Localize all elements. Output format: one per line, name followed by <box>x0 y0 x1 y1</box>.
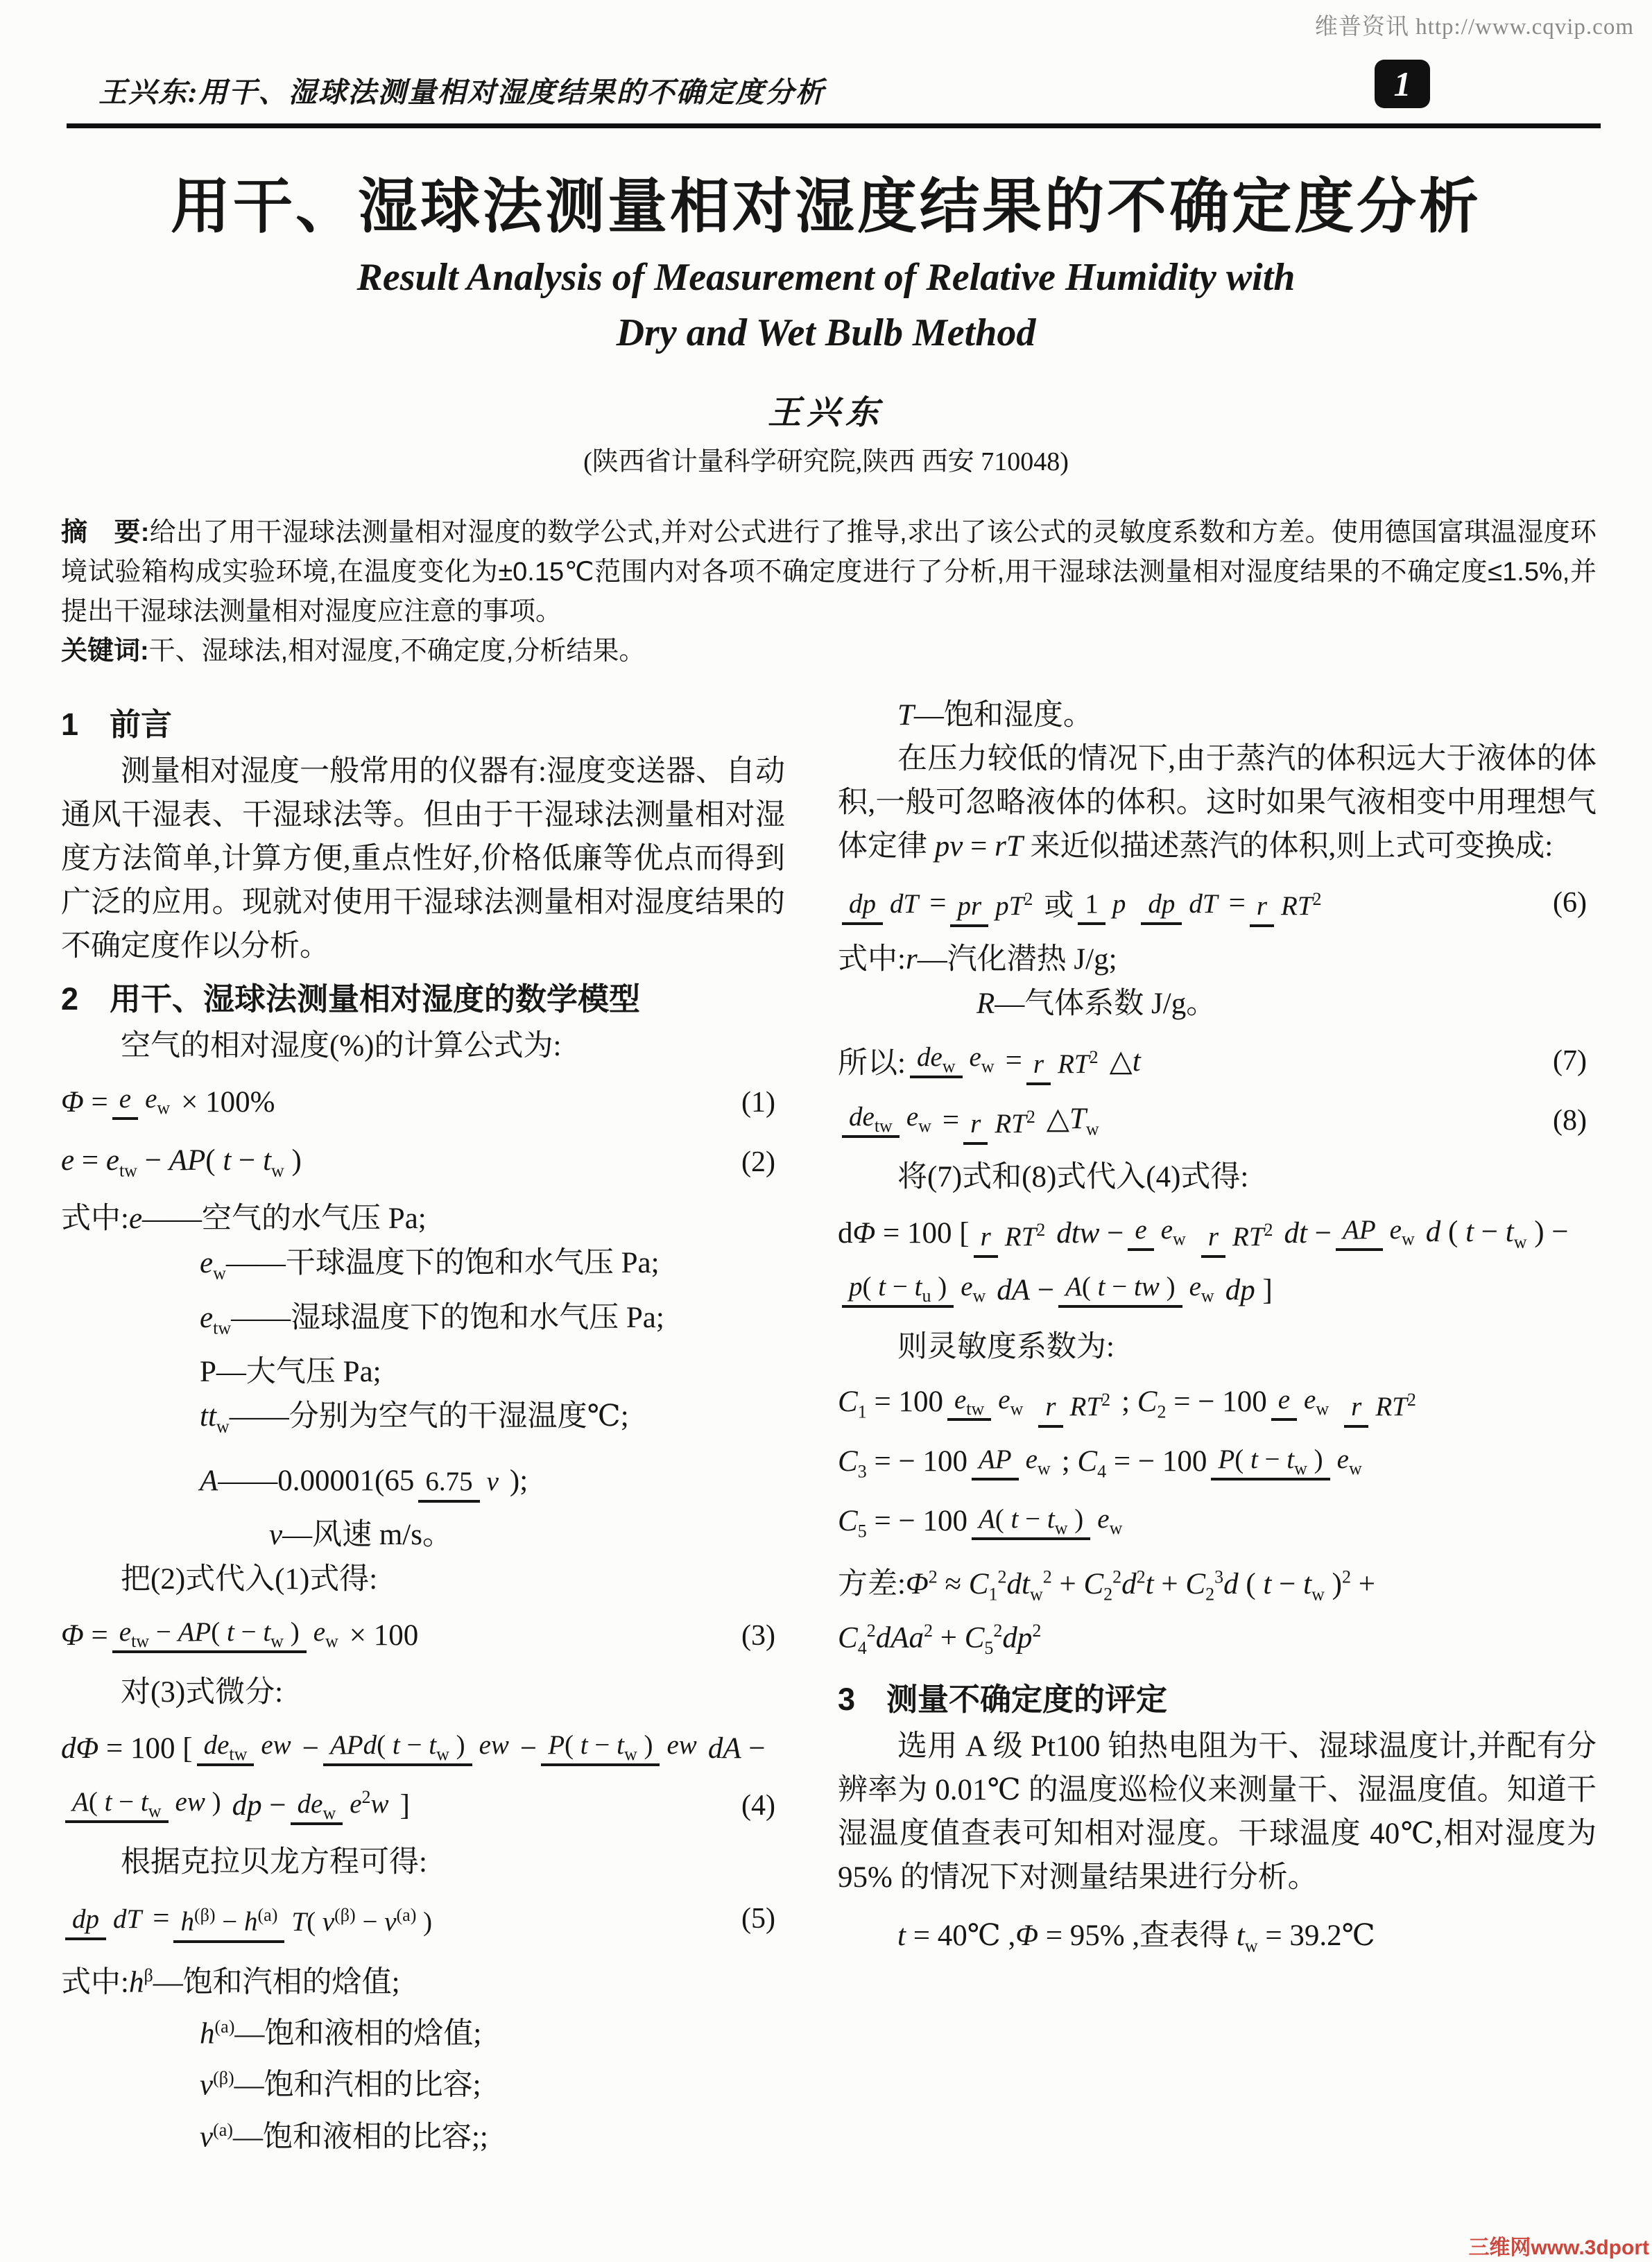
formula-row: 方差:Φ2 ≈ C12dtw2 + C22d2t + C23d ( t − tw… <box>838 1557 1597 1607</box>
fraction: 1p <box>1078 886 1133 920</box>
fraction-denominator: ew <box>1330 1441 1369 1474</box>
fraction-numerator: 6.75 <box>418 1467 479 1503</box>
definition-item: 式中:e——空气的水气压 Pa; <box>61 1197 785 1241</box>
formula-row: dpdT = prpT2或1pdpdT = rRT2(6) <box>838 878 1597 928</box>
formula-6: dpdT = prpT2或1pdpdT = rRT2(6) <box>838 878 1597 928</box>
fraction-numerator: r <box>1250 891 1274 927</box>
formula-row: C5 = − 100 A( t − tw )ew <box>838 1498 1597 1548</box>
definition-item: P—大气压 Pa; <box>61 1350 785 1395</box>
fraction: p( t − tu )ew <box>842 1269 992 1312</box>
section-1-heading: 1 前言 <box>61 699 785 744</box>
formula-body: p( t − tu )ewdA − A( t − tw )ewdp ] <box>838 1269 1273 1312</box>
fraction-denominator: ew <box>254 1727 298 1760</box>
fraction: etwew <box>947 1382 1030 1425</box>
formula-text: dA − <box>708 1732 766 1765</box>
fraction-denominator: dT <box>1182 886 1224 919</box>
fraction-denominator: RT2 <box>988 1105 1042 1139</box>
formula-text: − <box>302 1732 319 1765</box>
formula-body: e = etw − AP( t − tw ) <box>61 1143 302 1182</box>
fraction-denominator: ew <box>1297 1381 1336 1415</box>
fraction: detwew <box>197 1727 298 1770</box>
fraction: rRT2 <box>963 1101 1042 1140</box>
formula-variance: 方差:Φ2 ≈ C12dtw2 + C22d2t + C23d ( t − tw… <box>838 1557 1597 1664</box>
formula-1: Φ = eew × 100%(1) <box>61 1078 785 1128</box>
fraction-numerator: e <box>112 1084 138 1120</box>
formula-row: C3 = − 100 APew ; C4 = − 100 P( t − tw )… <box>838 1438 1597 1488</box>
formula-text: d ( t − tw ) − <box>1426 1215 1569 1253</box>
fraction-denominator: dT <box>106 1901 148 1934</box>
formula-text: A——0.00001(65 <box>200 1464 414 1498</box>
fraction-numerator: r <box>1344 1392 1368 1428</box>
formula-row: 所以:dewew = rRT2 △t(7) <box>838 1036 1597 1086</box>
fraction: prpT2 <box>950 883 1040 922</box>
equation-number: (2) <box>741 1146 785 1179</box>
formula-text: C3 = − 100 <box>838 1444 967 1483</box>
formula-text: e = etw − AP( t − tw ) <box>61 1143 302 1182</box>
formula-body: dΦ = 100 [ rRT2 dtw − eewrRT2 dt − APew … <box>838 1212 1569 1255</box>
fraction-numerator: dew <box>910 1042 963 1078</box>
fraction-denominator: ew <box>1154 1211 1193 1245</box>
fraction: APew <box>1336 1212 1422 1255</box>
fraction: rRT2 <box>1344 1384 1423 1423</box>
3dportal-watermark: 三维网www.3dport <box>1468 2230 1649 2261</box>
section-2-intro: 空气的相对湿度(%)的计算公式为: <box>61 1024 785 1068</box>
definition-item: ew——干球温度下的饱和水气压 Pa; <box>61 1241 785 1296</box>
formula-text: 所以: <box>838 1039 906 1082</box>
fraction-numerator: dew <box>291 1789 343 1825</box>
fraction-numerator: dp <box>1141 889 1182 925</box>
fraction-denominator: ew <box>660 1727 703 1760</box>
fraction: eew <box>1271 1382 1336 1425</box>
fraction: rRT2 <box>1201 1214 1280 1253</box>
fraction-numerator: AP <box>1336 1215 1383 1251</box>
fraction-denominator: p <box>1105 886 1133 919</box>
formula-c5: C5 = − 100 A( t − tw )ew <box>838 1498 1597 1548</box>
running-head: 王兴东:用干、湿球法测量相对湿度结果的不确定度分析 <box>98 69 825 110</box>
fraction-numerator: A( t − tw ) <box>1058 1272 1182 1308</box>
fraction-numerator: A( t − tw ) <box>972 1504 1090 1540</box>
fraction-numerator: APd( t − tw ) <box>323 1730 472 1766</box>
fraction: dpdT <box>842 886 925 920</box>
fraction: rRT2 <box>1026 1042 1105 1080</box>
differentiate-note: 对(3)式微分: <box>61 1670 785 1714</box>
column-right: T—饱和湿度。 在压力较低的情况下,由于蒸汽的体积远大于液体的体积,一般可忽略液… <box>838 693 1597 2159</box>
fraction-denominator: e2w <box>343 1786 395 1819</box>
definition-item: ttw——分别为空气的干湿温度℃; <box>61 1395 785 1449</box>
fraction: dewew <box>910 1039 1001 1082</box>
fraction: 6.75v <box>418 1464 506 1498</box>
section-2-heading: 2 用干、湿球法测量相对湿度的数学模型 <box>61 974 785 1019</box>
formula-7: 所以:dewew = rRT2 △t(7) <box>838 1036 1597 1086</box>
fraction-denominator: ew <box>1019 1441 1058 1474</box>
fraction: A( t − tw )ew <box>1058 1269 1221 1312</box>
formula-text: × 100% <box>181 1085 275 1119</box>
sensitivity-intro: 则灵敏度系数为: <box>838 1325 1597 1369</box>
fraction-denominator: ew <box>1182 1268 1221 1302</box>
formula-text: = <box>153 1901 169 1935</box>
fraction-numerator: A( t − tw <box>65 1787 169 1823</box>
keywords-text: 干、湿球法,相对湿度,不确定度,分析结果。 <box>149 637 646 666</box>
fraction-numerator: r <box>974 1222 998 1258</box>
formula-text: dtw − <box>1056 1216 1124 1250</box>
fraction-numerator: h(β) − h(a) <box>173 1907 284 1943</box>
fraction-denominator: ew <box>307 1614 345 1647</box>
formula-body: Φ = eew × 100% <box>61 1081 275 1124</box>
formula-text: dp ] <box>1225 1273 1273 1307</box>
formula-text: Φ = <box>61 1618 108 1652</box>
formula-row: C1 = 100 etwewrRT2 ; C2 = − 100 eewrRT2 <box>838 1379 1597 1428</box>
fraction-denominator: ew <box>1090 1501 1129 1534</box>
fraction-numerator: P( t − tw ) <box>1211 1444 1330 1480</box>
keywords-line: 关键词:干、湿球法,相对湿度,不确定度,分析结果。 <box>61 632 1597 671</box>
definition-item-A: A——0.00001(65 6.75v); <box>200 1456 785 1506</box>
formula-text: dA − <box>997 1273 1054 1307</box>
formula-body: dpdT = h(β) − h(a)T( v(β) − v(a) ) <box>61 1899 443 1938</box>
fraction-denominator: ew <box>963 1039 1001 1072</box>
formula-row: e = etw − AP( t − tw )(2) <box>61 1137 785 1187</box>
formula-row: A——0.00001(65 6.75v); <box>200 1456 785 1506</box>
formula-body: dΦ = 100 [ detwew − APd( t − tw )ew − P(… <box>61 1727 766 1770</box>
formula-text: ; C2 = − 100 <box>1121 1385 1267 1423</box>
definition-item: 式中:r—汽化潜热 J/g; <box>838 938 1597 982</box>
formula-text: △Tw <box>1047 1101 1099 1140</box>
fraction-denominator: RT2 <box>1368 1388 1423 1422</box>
formula-body: A——0.00001(65 6.75v); <box>200 1464 528 1498</box>
fraction-denominator: dT <box>883 886 925 919</box>
formula-text: C1 = 100 <box>838 1385 943 1423</box>
fraction-numerator: 1 <box>1078 889 1105 925</box>
author-affiliation: (陕西省计量科学研究院,陕西 西安 710048) <box>0 440 1652 478</box>
formula-body: C5 = − 100 A( t − tw )ew <box>838 1501 1133 1544</box>
formula-row: A( t − twew )dp − dewe2w](4) <box>61 1781 785 1831</box>
formula-body: C3 = − 100 APew ; C4 = − 100 P( t − tw )… <box>838 1442 1373 1485</box>
fraction: APew <box>972 1442 1058 1485</box>
fraction: eew <box>112 1081 177 1124</box>
fraction-numerator: dp <box>65 1904 106 1940</box>
definition-item: h(a)—饱和液相的焓值; <box>61 2005 785 2056</box>
fraction: A( t − twew ) <box>65 1784 228 1827</box>
equation-number: (3) <box>741 1619 785 1652</box>
formula-body: A( t − twew )dp − dewe2w] <box>61 1781 410 1829</box>
formula-row: Φ = etw − AP( t − tw )ew × 100(3) <box>61 1611 785 1661</box>
fraction-denominator: ew ) <box>169 1784 228 1817</box>
fraction: rRT2 <box>1250 883 1329 922</box>
definition-item: R—气体系数 J/g。 <box>838 982 1597 1026</box>
formula-body: C42dAa2 + C52dp2 <box>838 1621 1041 1659</box>
formula-body: t = 40℃ ,Φ = 95% ,查表得 tw = 39.2℃ <box>897 1912 1375 1957</box>
fraction-numerator: r <box>1026 1049 1051 1085</box>
fraction-numerator: e <box>1128 1215 1153 1251</box>
formula-row: p( t − tu )ewdA − A( t − tw )ewdp ] <box>838 1266 1597 1315</box>
fraction-denominator: ew <box>1383 1211 1422 1245</box>
definition-item: 式中:hβ—饱和汽相的焓值; <box>61 1953 785 2005</box>
pressure-paragraph: 在压力较低的情况下,由于蒸汽的体积远大于液体的体积,一般可忽略液体的体积。这时如… <box>838 737 1597 868</box>
formula-row: dΦ = 100 [ rRT2 dtw − eewrRT2 dt − APew … <box>838 1209 1597 1259</box>
fraction-denominator: RT2 <box>1225 1218 1280 1252</box>
fraction-denominator: ew <box>472 1727 516 1760</box>
formula-5: dpdT = h(β) − h(a)T( v(β) − v(a) )(5) <box>61 1894 785 1944</box>
fraction: dewe2w <box>291 1781 396 1829</box>
formula-text: × 100 <box>350 1618 419 1652</box>
formula-text: 或 <box>1044 882 1074 924</box>
formula-4: dΦ = 100 [ detwew − APd( t − tw )ew − P(… <box>61 1724 785 1831</box>
fraction-numerator: etw <box>947 1385 991 1421</box>
formula-text: dΦ = 100 [ <box>838 1216 970 1250</box>
equation-number: (5) <box>741 1902 785 1935</box>
abstract-label: 摘 要: <box>61 518 149 547</box>
formula-8: detwew = rRT2 △Tw(8) <box>838 1096 1597 1146</box>
fraction: eew <box>1128 1212 1192 1255</box>
fraction-numerator: dp <box>842 889 883 925</box>
cqvip-watermark: 维普资讯 http://www.cqvip.com <box>1315 8 1634 41</box>
formula-3: Φ = etw − AP( t − tw )ew × 100(3) <box>61 1611 785 1661</box>
formula-text: = <box>943 1103 959 1137</box>
fraction: detwew <box>842 1099 938 1142</box>
fraction-numerator: detw <box>842 1102 900 1138</box>
t-definition: T—饱和湿度。 <box>838 693 1597 737</box>
fraction-denominator: RT2 <box>1063 1388 1118 1422</box>
header-rule <box>67 123 1601 128</box>
formula-c1-c2: C1 = 100 etwewrRT2 ; C2 = − 100 eewrRT2 <box>838 1379 1597 1428</box>
fraction: rRT2 <box>1038 1384 1117 1423</box>
definition-item: v(a)—饱和液相的比容;; <box>61 2108 785 2159</box>
formula-text: = <box>929 886 946 920</box>
formula-text: dΦ = 100 [ <box>61 1732 193 1765</box>
substitution-note-1: 把(2)式代入(1)式得: <box>61 1557 785 1601</box>
fraction-denominator: v <box>480 1463 506 1496</box>
formula-text: − <box>520 1732 537 1765</box>
substitution-note-2: 将(7)式和(8)式代入(4)式得: <box>838 1155 1597 1199</box>
fraction: dpdT <box>1141 886 1224 920</box>
fraction-denominator: RT2 <box>1051 1046 1105 1079</box>
fraction-numerator: AP <box>972 1444 1019 1480</box>
fraction-numerator: r <box>963 1109 988 1145</box>
equation-number: (6) <box>1553 886 1597 920</box>
section-3-heading: 3 测量不确定度的评定 <box>838 1674 1597 1719</box>
definition-item: v(β)—饱和汽相的比容; <box>61 2056 785 2107</box>
abstract-text: 给出了用干湿球法测量相对湿度的数学公式,并对公式进行了推导,求出了该公式的灵敏度… <box>61 518 1597 626</box>
fraction-numerator: p( t − tu ) <box>842 1272 954 1308</box>
formula-2: e = etw − AP( t − tw )(2) <box>61 1137 785 1187</box>
page-number-badge: 1 <box>1375 60 1430 108</box>
fraction: etw − AP( t − tw )ew <box>112 1614 345 1657</box>
equation-number: (7) <box>1553 1044 1597 1078</box>
fraction: rRT2 <box>974 1214 1053 1253</box>
fraction-denominator: pT2 <box>988 888 1040 921</box>
fraction: P( t − tw )ew <box>1211 1442 1368 1485</box>
fraction-denominator: T( v(β) − v(a) ) <box>284 1903 439 1937</box>
formula-text: Φ = <box>61 1085 108 1119</box>
fraction: P( t − tw )ew <box>541 1727 704 1770</box>
fraction-numerator: r <box>1038 1392 1062 1428</box>
fraction-numerator: e <box>1271 1385 1297 1421</box>
fraction-numerator: r <box>1201 1222 1225 1258</box>
fraction-denominator: RT2 <box>1274 888 1329 921</box>
formula-body: 方差:Φ2 ≈ C12dtw2 + C22d2t + C23d ( t − tw… <box>838 1560 1375 1605</box>
formula-body: detwew = rRT2 △Tw <box>838 1099 1099 1142</box>
formula-text: dt − <box>1284 1216 1332 1250</box>
equation-number: (4) <box>741 1789 785 1822</box>
formula-body: dpdT = prpT2或1pdpdT = rRT2 <box>838 882 1333 924</box>
equation-number: (1) <box>741 1086 785 1119</box>
formula-row: t = 40℃ ,Φ = 95% ,查表得 tw = 39.2℃ <box>897 1909 1597 1959</box>
page-number: 1 <box>1394 64 1411 104</box>
paper-title: 用干、湿球法测量相对湿度结果的不确定度分析 <box>0 158 1652 244</box>
fraction-denominator: ew <box>138 1080 177 1114</box>
formula-text: 方差:Φ2 ≈ C12dtw2 + C22d2t + C23d ( t − tw… <box>838 1560 1375 1605</box>
formula-body: 所以:dewew = rRT2 △t <box>838 1039 1141 1082</box>
formula-body: C1 = 100 etwewrRT2 ; C2 = − 100 eewrRT2 <box>838 1382 1427 1425</box>
formula-text: dp − <box>232 1788 286 1822</box>
formula-text: = <box>1229 886 1246 920</box>
author-name: 王兴东 <box>0 386 1652 433</box>
equation-number: (8) <box>1553 1104 1597 1137</box>
fraction-numerator: etw − AP( t − tw ) <box>112 1617 307 1653</box>
fraction-denominator: ew <box>991 1381 1030 1415</box>
definition-item: v—风速 m/s。 <box>61 1513 785 1557</box>
fraction: A( t − tw )ew <box>972 1501 1129 1544</box>
formula-text: ] <box>400 1788 410 1822</box>
clapeyron-note: 根据克拉贝龙方程可得: <box>61 1840 785 1884</box>
paper-title-en-line2: Dry and Wet Bulb Method <box>0 311 1652 355</box>
formula-row: Φ = eew × 100%(1) <box>61 1078 785 1128</box>
keywords-label: 关键词: <box>61 637 149 666</box>
formula-text: C42dAa2 + C52dp2 <box>838 1621 1041 1659</box>
formula-text: ); <box>510 1464 528 1498</box>
fraction: h(β) − h(a)T( v(β) − v(a) ) <box>173 1899 439 1938</box>
fraction-numerator: pr <box>950 891 988 927</box>
formula-example-values: t = 40℃ ,Φ = 95% ,查表得 tw = 39.2℃ <box>897 1909 1597 1959</box>
fraction-denominator: ew <box>954 1268 992 1302</box>
formula-text: ; C4 = − 100 <box>1062 1444 1207 1483</box>
scanned-paper-page: 维普资讯 http://www.cqvip.com 王兴东:用干、湿球法测量相对… <box>0 0 1652 2262</box>
abstract-block: 摘 要:给出了用干湿球法测量相对湿度的数学公式,并对公式进行了推导,求出了该公式… <box>61 513 1597 671</box>
paper-title-en-line1: Result Analysis of Measurement of Relati… <box>0 255 1652 300</box>
formula-text: t = 40℃ ,Φ = 95% ,查表得 tw = 39.2℃ <box>897 1912 1375 1957</box>
fraction: dpdT <box>65 1901 148 1935</box>
fraction-numerator: P( t − tw ) <box>541 1730 660 1766</box>
formula-9: dΦ = 100 [ rRT2 dtw − eewrRT2 dt − APew … <box>838 1209 1597 1315</box>
column-left: 1 前言 测量相对湿度一般常用的仪器有:湿度变送器、自动通风干湿表、干湿球法等。… <box>61 693 785 2159</box>
fraction-numerator: detw <box>197 1730 255 1766</box>
formula-row: dpdT = h(β) − h(a)T( v(β) − v(a) )(5) <box>61 1894 785 1944</box>
section-1-paragraph: 测量相对湿度一般常用的仪器有:湿度变送器、自动通风干湿表、干湿球法等。但由于干湿… <box>61 750 785 968</box>
fraction: APd( t − tw )ew <box>323 1727 516 1770</box>
fraction-denominator: RT2 <box>998 1218 1053 1252</box>
fraction-denominator: ew <box>900 1098 938 1132</box>
formula-text: = <box>1006 1044 1022 1078</box>
formula-text: △t <box>1110 1044 1141 1078</box>
definition-item: etw——湿球温度下的饱和水气压 Pa; <box>61 1296 785 1351</box>
two-column-body: 1 前言 测量相对湿度一般常用的仪器有:湿度变送器、自动通风干湿表、干湿球法等。… <box>61 693 1597 2159</box>
formula-c3-c4: C3 = − 100 APew ; C4 = − 100 P( t − tw )… <box>838 1438 1597 1488</box>
formula-row: C42dAa2 + C52dp2 <box>838 1614 1597 1664</box>
formula-row: dΦ = 100 [ detwew − APd( t − tw )ew − P(… <box>61 1724 785 1774</box>
abstract-paragraph: 摘 要:给出了用干湿球法测量相对湿度的数学公式,并对公式进行了推导,求出了该公式… <box>61 513 1597 632</box>
section-3-paragraph: 选用 A 级 Pt100 铂热电阻为干、湿球温度计,并配有分辨率为 0.01℃ … <box>838 1725 1597 1899</box>
formula-body: Φ = etw − AP( t − tw )ew × 100 <box>61 1614 418 1657</box>
formula-text: C5 = − 100 <box>838 1504 967 1542</box>
formula-row: detwew = rRT2 △Tw(8) <box>838 1096 1597 1146</box>
